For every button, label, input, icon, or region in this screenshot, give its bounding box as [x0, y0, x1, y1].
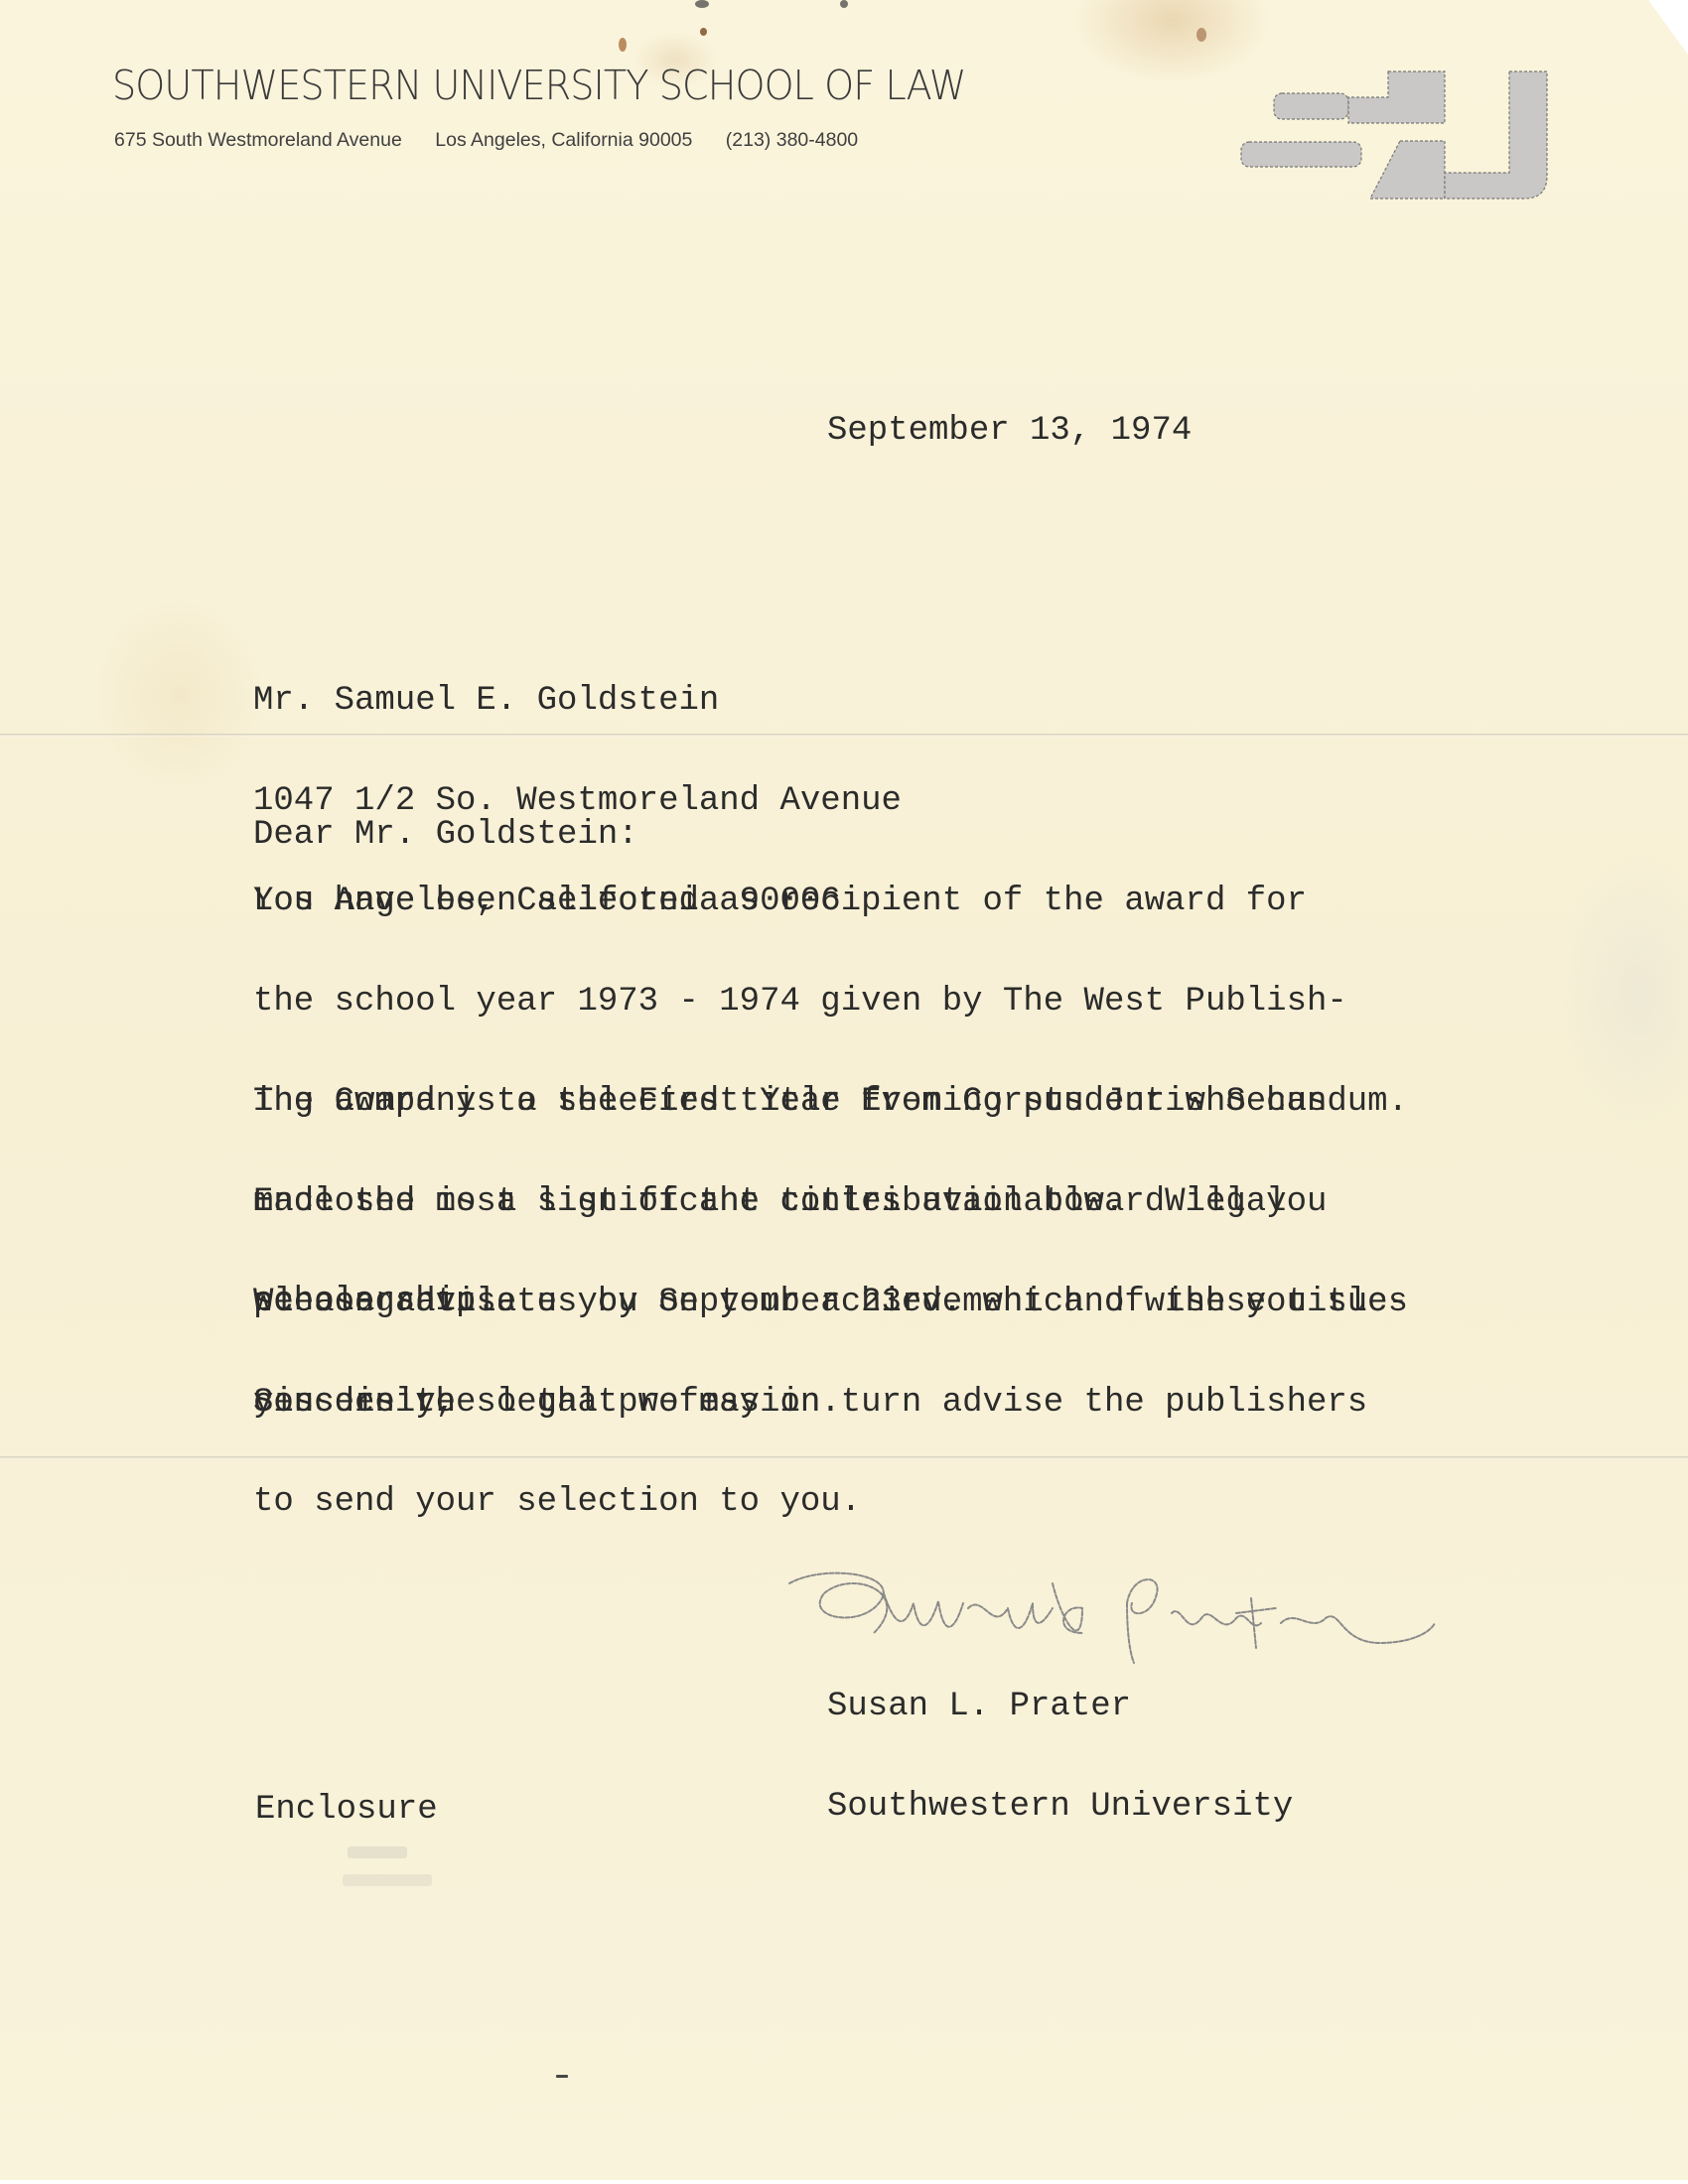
- paragraph-line: to send your selection to you.: [253, 1486, 1408, 1520]
- enclosure-note: Enclosure: [255, 1727, 438, 1894]
- speck: [556, 2075, 568, 2078]
- paragraph-line: The award is a selected title from Corpu…: [253, 1086, 1408, 1120]
- closing: Sincerely,: [253, 1320, 456, 1487]
- su-logo-icon: [1231, 62, 1559, 210]
- letterhead-address: 675 South Westmoreland Avenue Los Angele…: [114, 129, 858, 152]
- stain-mark: [695, 0, 709, 8]
- closing-text: Sincerely,: [253, 1387, 456, 1421]
- letterhead-phone: (213) 380-4800: [726, 129, 858, 151]
- stain-mark: [619, 38, 627, 52]
- paragraph-line: Enclosed is a list of the titles availab…: [253, 1186, 1408, 1220]
- letterhead-street: 675 South Westmoreland Avenue: [114, 129, 402, 151]
- stain-mark: [1196, 28, 1206, 42]
- enclosure-text: Enclosure: [255, 1794, 438, 1828]
- paragraph-line: the school year 1973 - 1974 given by The…: [253, 986, 1347, 1020]
- faint-mark: [343, 1874, 432, 1886]
- stain-mark: [840, 0, 848, 8]
- letterhead-title: SOUTHWESTERN UNIVERSITY SCHOOL OF LAW: [112, 62, 965, 109]
- signer-block: Susan L. Prater Southwestern University: [827, 1624, 1293, 1891]
- letterhead-city: Los Angeles, California 90005: [435, 129, 692, 151]
- paragraph-line: We congratulate you on your achievement …: [253, 1287, 1408, 1320]
- signer-name: Susan L. Prater: [827, 1691, 1293, 1724]
- letter-date: September 13, 1974: [827, 348, 1192, 515]
- signer-organization: Southwestern University: [827, 1791, 1293, 1825]
- stain-mark: [700, 28, 707, 36]
- faint-mark: [348, 1846, 407, 1858]
- date-text: September 13, 1974: [827, 415, 1192, 449]
- letter-page: SOUTHWESTERN UNIVERSITY SCHOOL OF LAW 67…: [0, 0, 1688, 2180]
- paragraph-line: You have been selected as recipient of t…: [253, 886, 1347, 919]
- recipient-name: Mr. Samuel E. Goldstein: [253, 685, 902, 719]
